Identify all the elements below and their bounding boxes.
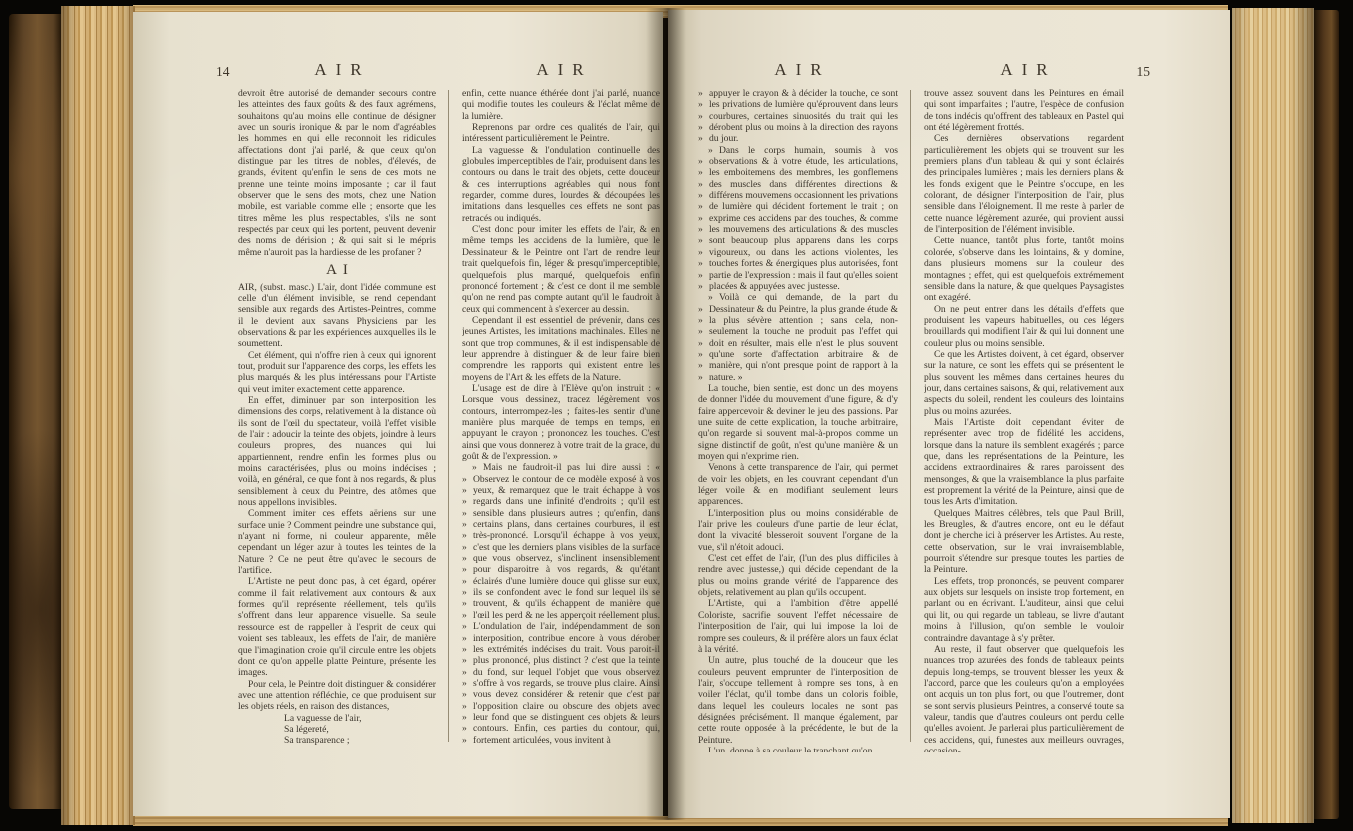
paragraph: Voilà ce qui demande, de la part du Dess… <box>698 292 898 383</box>
text-column-3: appuyer le crayon & à décider la touche,… <box>698 88 898 752</box>
paragraph: Un autre, plus touché de la douceur que … <box>698 655 898 746</box>
paragraph: Venons à cette transparence de l'air, qu… <box>698 462 898 507</box>
paragraph: Cet élément, qui n'offre rien à ceux qui… <box>238 350 436 395</box>
running-head: AIR <box>698 60 898 80</box>
paragraph: Ces dernières observations regardent par… <box>924 133 1124 235</box>
paragraph: Dans le corps humain, soumis à vos obser… <box>698 145 898 292</box>
paragraph: La vaguesse de l'air, <box>238 713 436 724</box>
running-head: AIR <box>238 60 438 80</box>
paragraph: appuyer le crayon & à décider la touche,… <box>698 88 898 145</box>
paragraph: trouve assez souvent dans les Peintures … <box>924 88 1124 133</box>
paragraph: L'interposition plus ou moins considérab… <box>698 508 898 553</box>
page-number-left: 14 <box>216 64 230 80</box>
left-page-text: 14 AIR AIR devroit être autorisé de dema… <box>238 58 660 752</box>
paragraph: Cette nuance, tantôt plus forte, tantôt … <box>924 235 1124 303</box>
paragraph: Sa transparence ; <box>238 735 436 746</box>
paragraph: Cependant il est essentiel de prévenir, … <box>462 315 660 383</box>
paragraph: Mais l'Artiste doit cependant éviter de … <box>924 417 1124 508</box>
paragraph: La touche, bien sentie, est donc un des … <box>698 383 898 462</box>
text-column-2: enfin, cette nuance éthérée dont j'ai pa… <box>462 88 660 752</box>
paragraph: L'Artiste, qui a l'ambition d'être appel… <box>698 598 898 655</box>
paragraph: L'Artiste ne peut donc pas, à cet égard,… <box>238 576 436 678</box>
paragraph: L'un, donne à sa couleur le tranchant qu… <box>698 746 898 752</box>
paragraph: Sa légereté, <box>238 724 436 735</box>
paragraph: AI <box>238 265 436 276</box>
paragraph: AIR, (subst. masc.) L'air, dont l'idée c… <box>238 282 436 350</box>
column-rule <box>910 90 911 742</box>
paragraph: Reprenons par ordre ces qualités de l'ai… <box>462 122 660 145</box>
paragraph: Au reste, il faut observer que quelquefo… <box>924 644 1124 752</box>
paragraph: Quelques Maitres célèbres, tels que Paul… <box>924 508 1124 576</box>
paragraph: enfin, cette nuance éthérée dont j'ai pa… <box>462 88 660 122</box>
page-edges-right <box>1232 8 1314 823</box>
open-book: 14 AIR AIR devroit être autorisé de dema… <box>0 0 1353 831</box>
paragraph: La vaguesse & l'ondulation continuelle d… <box>462 145 660 224</box>
right-page-header: AIR AIR 15 <box>698 58 1124 88</box>
paragraph: Pour cela, le Peintre doit distinguer & … <box>238 679 436 713</box>
page-edges-left <box>61 6 135 825</box>
paragraph: C'est donc pour imiter les effets de l'a… <box>462 224 660 315</box>
paragraph: Mais ne faudroit-il pas lui dire aussi :… <box>462 462 660 746</box>
text-column-1: devroit être autorisé de demander secour… <box>238 88 436 752</box>
right-page-text: AIR AIR 15 appuyer le crayon & à décider… <box>698 58 1124 752</box>
paragraph: En effet, diminuer par son interposition… <box>238 395 436 508</box>
paragraph: C'est cet effet de l'air, (l'un des plus… <box>698 553 898 598</box>
paragraph: Ce que les Artistes doivent, à cet égard… <box>924 349 1124 417</box>
left-page-header: 14 AIR AIR <box>238 58 660 88</box>
running-head: AIR <box>460 60 660 80</box>
book-cover-left <box>9 14 61 809</box>
running-head: AIR <box>924 60 1124 80</box>
paragraph: L'usage est de dire à l'Elève qu'on inst… <box>462 383 660 462</box>
text-column-4: trouve assez souvent dans les Peintures … <box>924 88 1124 752</box>
paragraph: Les effets, trop prononcés, se peuvent c… <box>924 576 1124 644</box>
page-number-right: 15 <box>1137 64 1151 80</box>
paragraph: devroit être autorisé de demander secour… <box>238 88 436 258</box>
paragraph: Comment imiter ces effets aëriens sur un… <box>238 508 436 576</box>
paragraph: On ne peut entrer dans les détails d'eff… <box>924 304 1124 349</box>
column-rule <box>448 90 449 742</box>
book-cover-right <box>1314 10 1339 819</box>
